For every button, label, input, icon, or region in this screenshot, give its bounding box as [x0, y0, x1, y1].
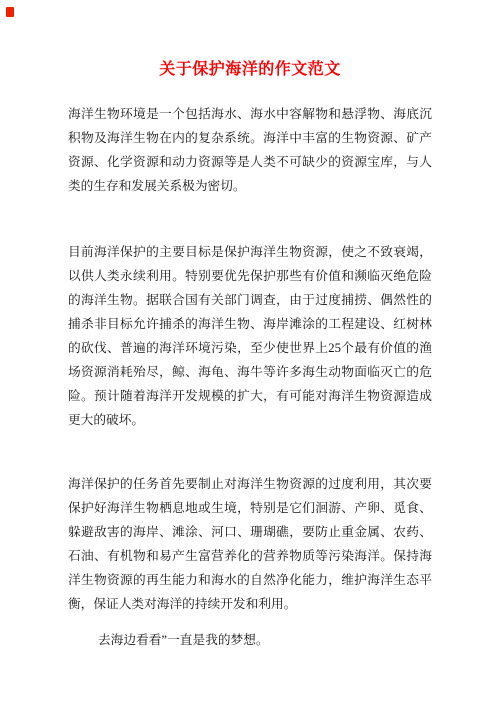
- red-seal-dot-icon: [6, 7, 14, 17]
- document-body: 海洋生物环境是一个包括海水、海水中容解物和悬浮物、海底沉积物及海洋生物在内的复杂…: [68, 102, 432, 652]
- paragraph-protection-tasks: 海洋保护的任务首先要制止对海洋生物资源的过度利用，其次要保护好海洋生物栖息地或生…: [68, 472, 432, 616]
- paragraph-ocean-environment: 海洋生物环境是一个包括海水、海水中容解物和悬浮物、海底沉积物及海洋生物在内的复杂…: [68, 102, 432, 198]
- document-page: 关于保护海洋的作文范文 海洋生物环境是一个包括海水、海水中容解物和悬浮物、海底沉…: [0, 0, 500, 707]
- paragraph-protection-goals: 目前海洋保护的主要目标是保护海洋生物资源，使之不致衰竭，以供人类永续利用。特别要…: [68, 240, 432, 432]
- document-title: 关于保护海洋的作文范文: [0, 58, 500, 82]
- closing-line: 去海边看看”一直是我的梦想。: [68, 628, 432, 652]
